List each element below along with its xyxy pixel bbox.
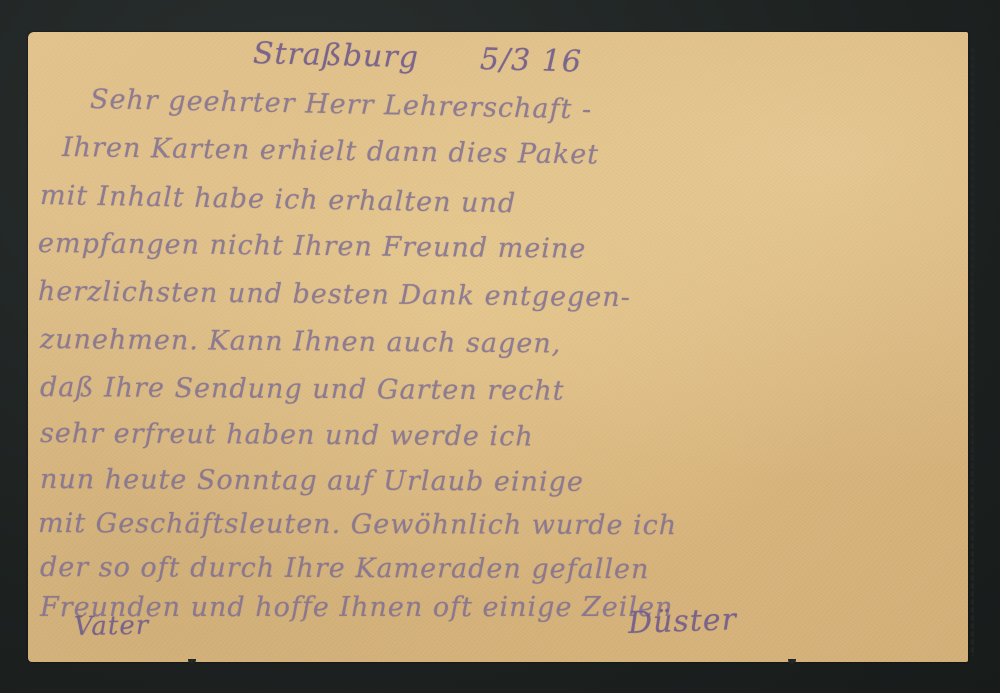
- closing-text: Vater: [74, 611, 150, 642]
- letter-line: Sehr geehrter Herr Lehrerschaft -: [90, 84, 593, 126]
- postcard: Straßburg 5/3 16 Sehr geehrter Herr Lehr…: [28, 32, 968, 662]
- letter-line: empfangen nicht Ihren Freund meine: [38, 228, 587, 265]
- place-text: Straßburg: [253, 36, 420, 75]
- letter-line: sehr erfreut haben und werde ich: [40, 418, 534, 452]
- letter-line: nun heute Sonntag auf Urlaub einige: [40, 464, 584, 498]
- letter-line: mit Geschäftsleuten. Gewöhnlich wurde ic…: [38, 508, 677, 541]
- place-date-line: Straßburg 5/3 16: [253, 36, 583, 80]
- letter-line: der so oft durch Ihre Kameraden gefallen: [40, 552, 650, 585]
- letter-line: herzlichsten und besten Dank entgegen-: [38, 276, 631, 313]
- letter-line: mit Inhalt habe ich erhalten und: [40, 180, 517, 219]
- perforated-edge: [966, 46, 974, 656]
- letter-line: Ihren Karten erhielt dann dies Paket: [62, 132, 600, 170]
- date-text: 5/3 16: [480, 42, 583, 80]
- letter-line: daß Ihre Sendung und Garten recht: [40, 372, 565, 407]
- letter-line: zunehmen. Kann Ihnen auch sagen,: [40, 324, 562, 360]
- signature: Düster: [627, 602, 737, 641]
